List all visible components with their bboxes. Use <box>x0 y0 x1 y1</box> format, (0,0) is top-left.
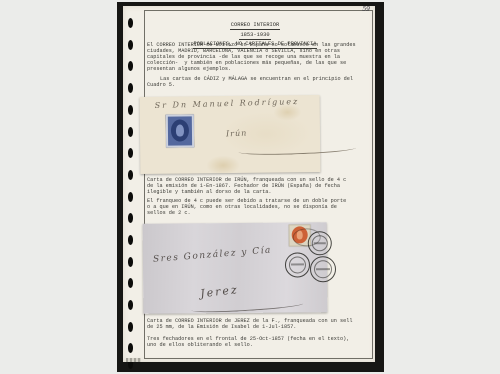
irun-caption-1: Carta de CORREO INTERIOR de IRÚN, franqu… <box>147 177 363 195</box>
album-page: 59 CORREO INTERIOR 1853-1930 POBLACIONES… <box>123 6 375 362</box>
postmark-cds <box>308 231 332 255</box>
cover-addressee: Sres González y Cía <box>153 246 273 265</box>
jerez-caption-1: Carta de CORREO INTERIOR de JEREZ de la … <box>147 318 363 330</box>
jerez-caption-2: Tres fechadores en el frontal de 25-Oct-… <box>147 336 363 348</box>
binder-hole <box>128 18 133 28</box>
stamp-blue-4c <box>166 114 194 147</box>
text-line: uno de ellos obliterando el sello. <box>147 342 363 348</box>
binder-hole <box>128 213 133 223</box>
album-brand-mark <box>126 358 141 362</box>
handwriting-flourish <box>191 299 303 314</box>
postmark-cds <box>285 252 310 277</box>
binder-hole <box>128 322 133 332</box>
binder-hole <box>128 127 133 137</box>
text-line: ilegible y también al dorso de la carta. <box>147 189 363 195</box>
binder-hole <box>128 61 133 71</box>
intro-paragraph-1: El CORREO INTERIOR se utilizó en España … <box>147 42 363 72</box>
binder-hole <box>128 300 133 310</box>
irun-caption-2: El franqueo de 4 c puede ser debido a tr… <box>147 198 363 216</box>
binder-hole <box>128 257 133 267</box>
text-line: Las cartas de CÁDIZ y MÁLAGA se encuentr… <box>147 76 363 82</box>
binder-hole <box>128 192 133 202</box>
binder-hole <box>128 278 133 288</box>
postmark-cds <box>310 256 336 282</box>
binder-hole <box>128 343 133 353</box>
cover-irun: Sr Dn Manuel Rodríguez Irún <box>140 95 321 174</box>
text-line: de 25 mm, de la Emisión de Isabel de 1-J… <box>147 324 363 330</box>
binder-hole <box>128 40 133 50</box>
binder-hole <box>128 235 133 245</box>
cover-destination: Jerez <box>200 283 240 300</box>
page-number: 59 <box>362 6 370 13</box>
stamp-portrait <box>176 124 184 136</box>
binder-hole <box>128 170 133 180</box>
cover-addressee: Sr Dn Manuel Rodríguez <box>155 97 300 110</box>
text-line: presentan algunos ejemplos. <box>147 66 363 72</box>
binder-hole <box>128 83 133 93</box>
binder-hole <box>128 105 133 115</box>
cover-destination: Irún <box>226 128 248 138</box>
cover-jerez: Sres González y Cía Jerez <box>143 222 328 314</box>
binder-hole <box>128 148 133 158</box>
intro-paragraph-2: Las cartas de CÁDIZ y MÁLAGA se encuentr… <box>147 76 363 88</box>
